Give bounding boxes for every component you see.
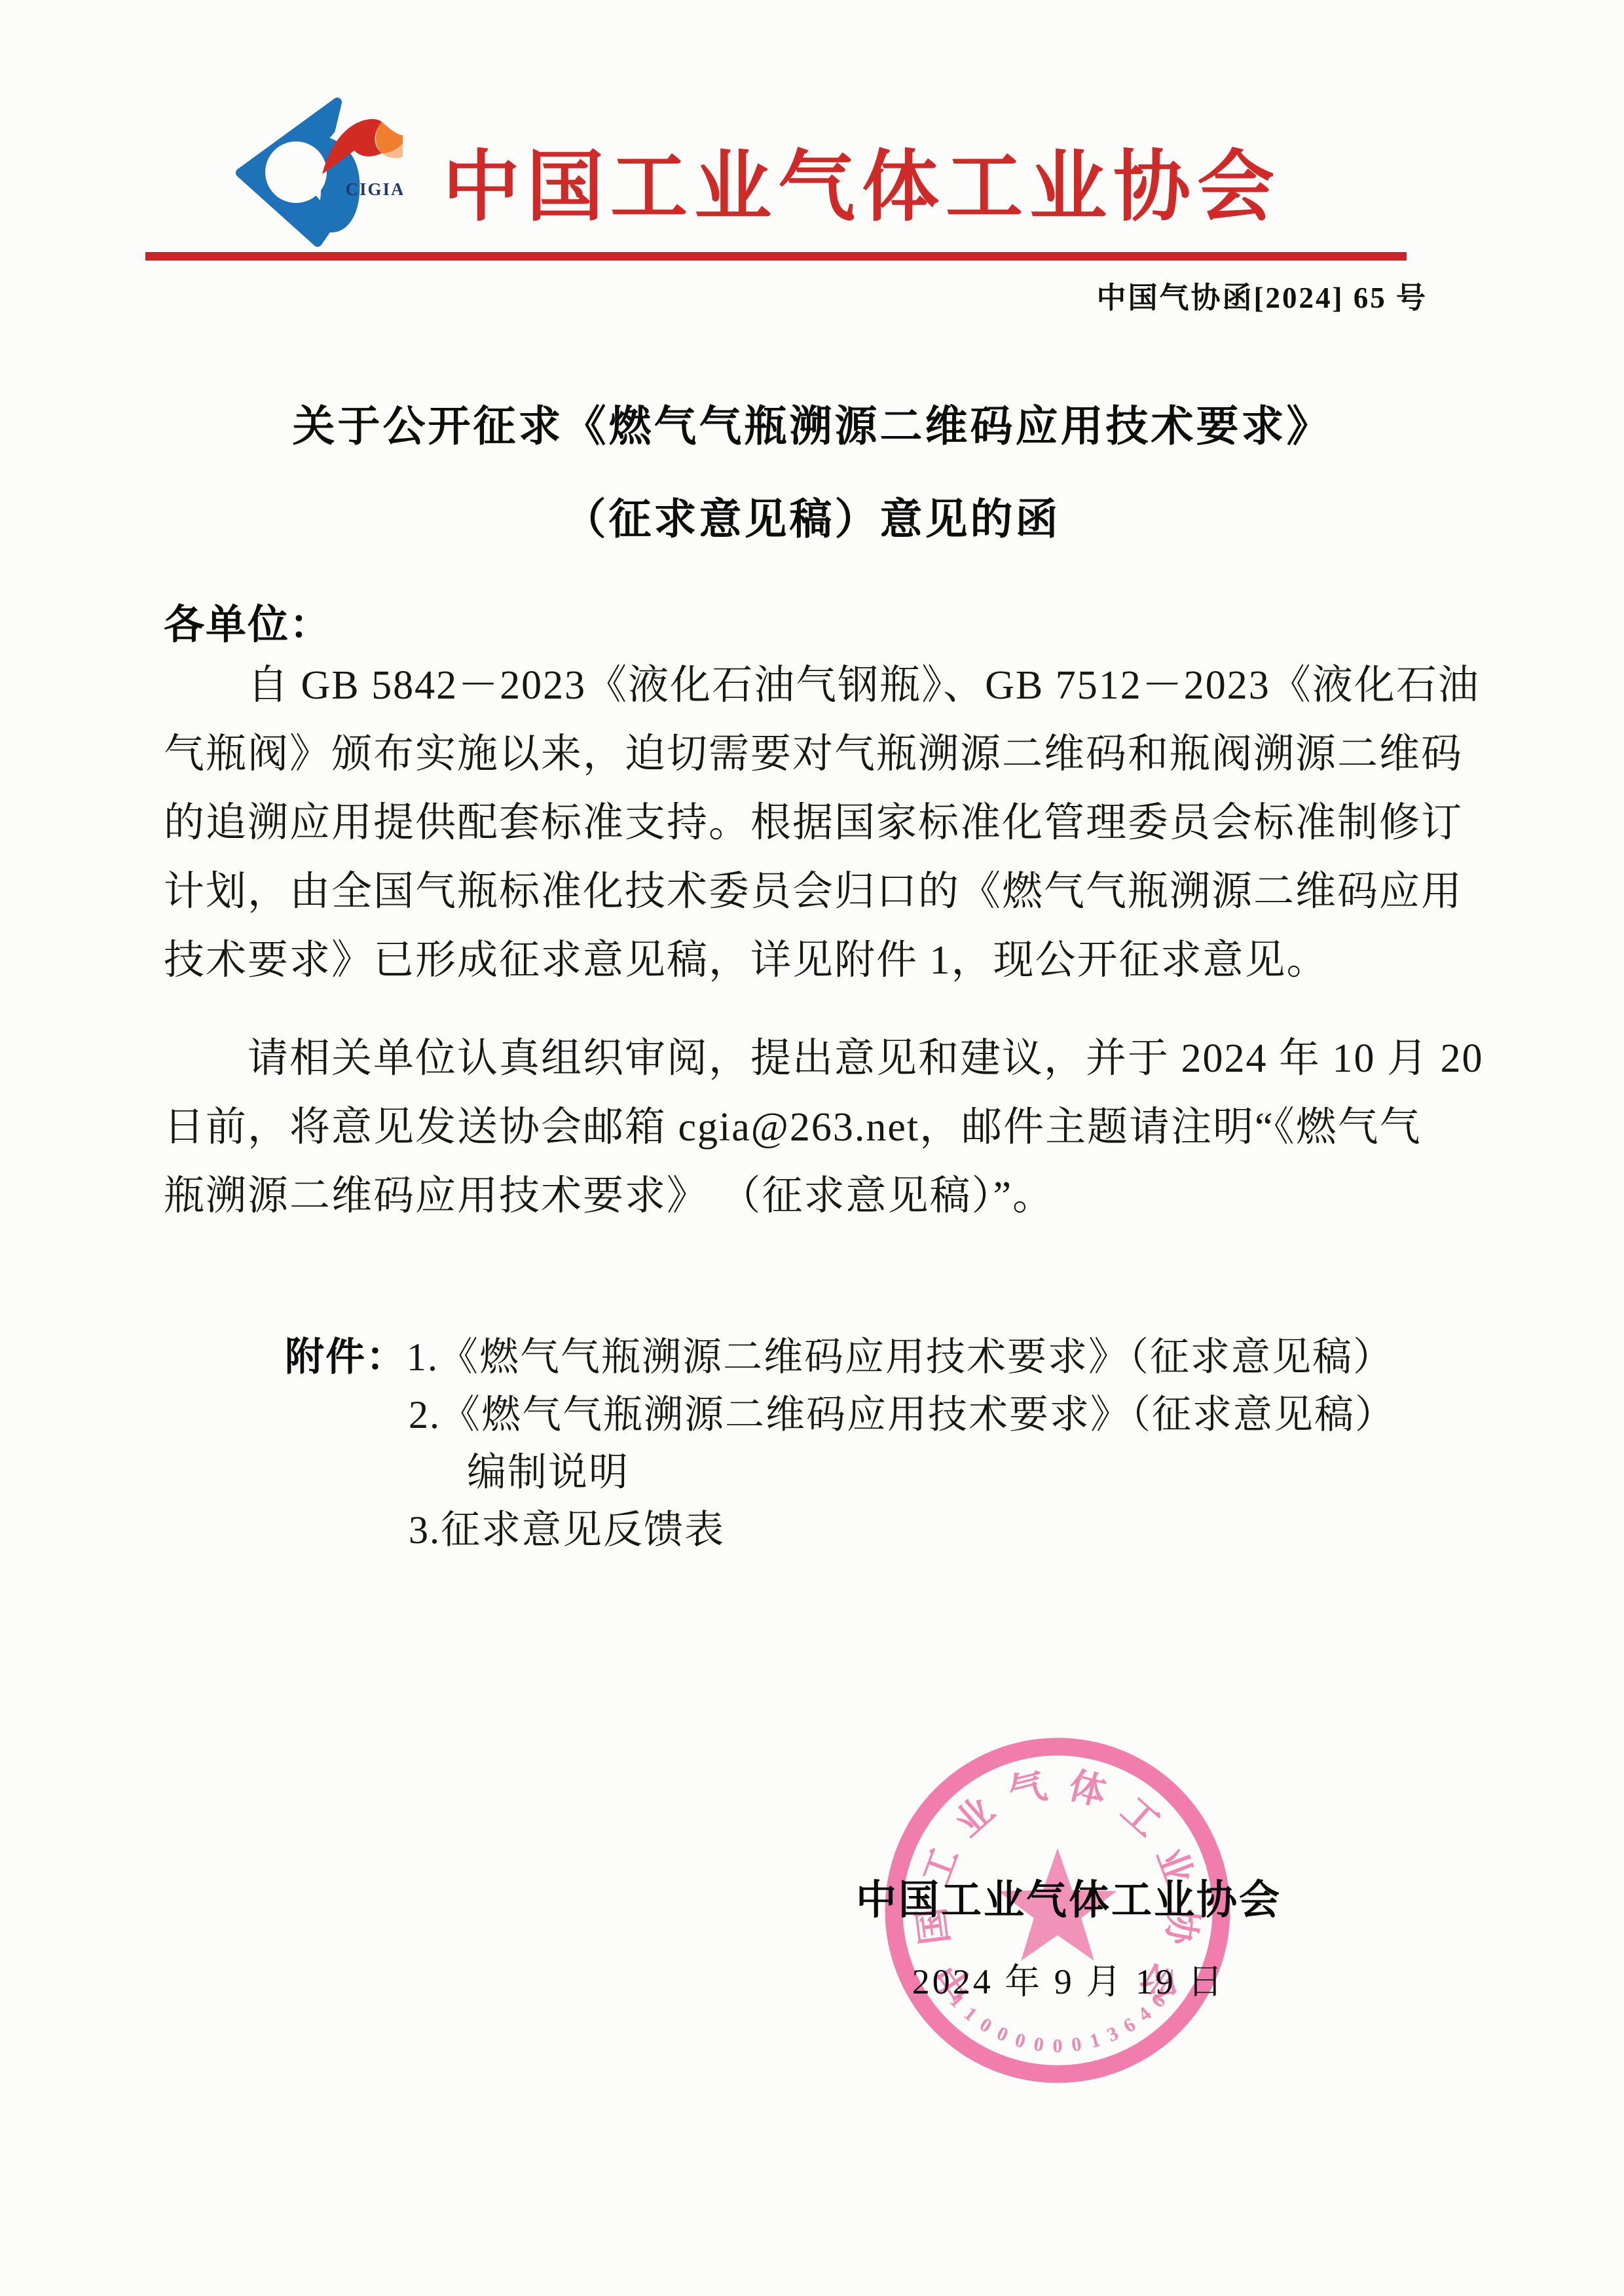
svg-text:6: 6 bbox=[1120, 2014, 1139, 2037]
attachment-item-1: 1.《燃气气瓶溯源二维码应用技术要求》（征求意见稿） bbox=[407, 1336, 1393, 1379]
para2-line3: 瓶溯源二维码应用技术要求》 （征求意见稿）”。 bbox=[164, 1163, 1506, 1221]
para1-line4: 计划，由全国气瓶标准化技术委员会归口的《燃气气瓶溯源二维码应用 bbox=[164, 858, 1506, 917]
svg-text:4: 4 bbox=[1134, 2003, 1156, 2026]
letter-page: CIGIA 中国工业气体工业协会 中国气协函[2024] 65 号 关于公开征求… bbox=[0, 0, 1624, 2296]
para2-line1: 请相关单位认真组织审阅，提出意见和建议，并于 2024 年 10 月 20 bbox=[164, 1025, 1590, 1084]
salutation: 各单位： bbox=[164, 592, 331, 650]
svg-text:0: 0 bbox=[1032, 2033, 1044, 2056]
svg-text:1: 1 bbox=[1087, 2029, 1103, 2052]
para1-line5: 技术要求》已形成征求意见稿，详见附件 1，现公开征求意见。 bbox=[164, 927, 1506, 985]
cigia-logo: CIGIA bbox=[232, 96, 403, 250]
svg-text:3: 3 bbox=[1104, 2022, 1122, 2046]
logo-counter bbox=[265, 141, 327, 203]
svg-text:0: 0 bbox=[1070, 2033, 1082, 2056]
svg-text:0: 0 bbox=[993, 2022, 1011, 2046]
para1-line1: 自 GB 5842－2023《液化石油气钢瓶》、GB 7512－2023《液化石… bbox=[164, 652, 1590, 710]
logo-wordmark: CIGIA bbox=[345, 179, 403, 199]
letter-title-line2: （征求意见稿）意见的函 bbox=[0, 484, 1624, 546]
doc-number: 中国气协函[2024] 65 号 bbox=[1097, 274, 1428, 316]
svg-text:0: 0 bbox=[976, 2014, 995, 2037]
svg-text:气: 气 bbox=[1005, 1766, 1050, 1814]
signature-date: 2024 年 9 月 19 日 bbox=[912, 1954, 1226, 2004]
attachment-row-1: 附件：1.《燃气气瓶溯源二维码应用技术要求》（征求意见稿） bbox=[285, 1326, 1393, 1382]
attachment-item-2: 2.《燃气气瓶溯源二维码应用技术要求》（征求意见稿） bbox=[409, 1383, 1395, 1440]
attachment-item-3: 3.征求意见反馈表 bbox=[409, 1499, 725, 1555]
svg-text:业: 业 bbox=[948, 1790, 1002, 1845]
attachments-label: 附件： bbox=[285, 1335, 407, 1379]
letter-title-line1: 关于公开征求《燃气气瓶溯源二维码应用技术要求》 bbox=[0, 392, 1624, 453]
svg-text:0: 0 bbox=[1053, 2035, 1063, 2057]
svg-text:工: 工 bbox=[1113, 1790, 1168, 1845]
para2-line2: 日前，将意见发送协会邮箱 cgia@263.net，邮件主题请注明“《燃气气 bbox=[164, 1094, 1506, 1152]
svg-text:1: 1 bbox=[960, 2003, 982, 2026]
header-red-rule bbox=[145, 252, 1407, 261]
signature-org: 中国工业气体工业协会 bbox=[856, 1867, 1282, 1925]
header-org-name: 中国工业气体工业协会 bbox=[443, 124, 1281, 236]
para1-line3: 的追溯应用提供配套标准支持。根据国家标准化管理委员会标准制修订 bbox=[164, 790, 1506, 848]
attachment-item-2-subtitle: 编制说明 bbox=[467, 1441, 629, 1497]
svg-text:0: 0 bbox=[1012, 2029, 1028, 2052]
para1-line2: 气瓶阀》颁布实施以来，迫切需要对气瓶溯源二维码和瓶阀溯源二维码 bbox=[164, 721, 1506, 779]
svg-text:体: 体 bbox=[1065, 1766, 1110, 1814]
